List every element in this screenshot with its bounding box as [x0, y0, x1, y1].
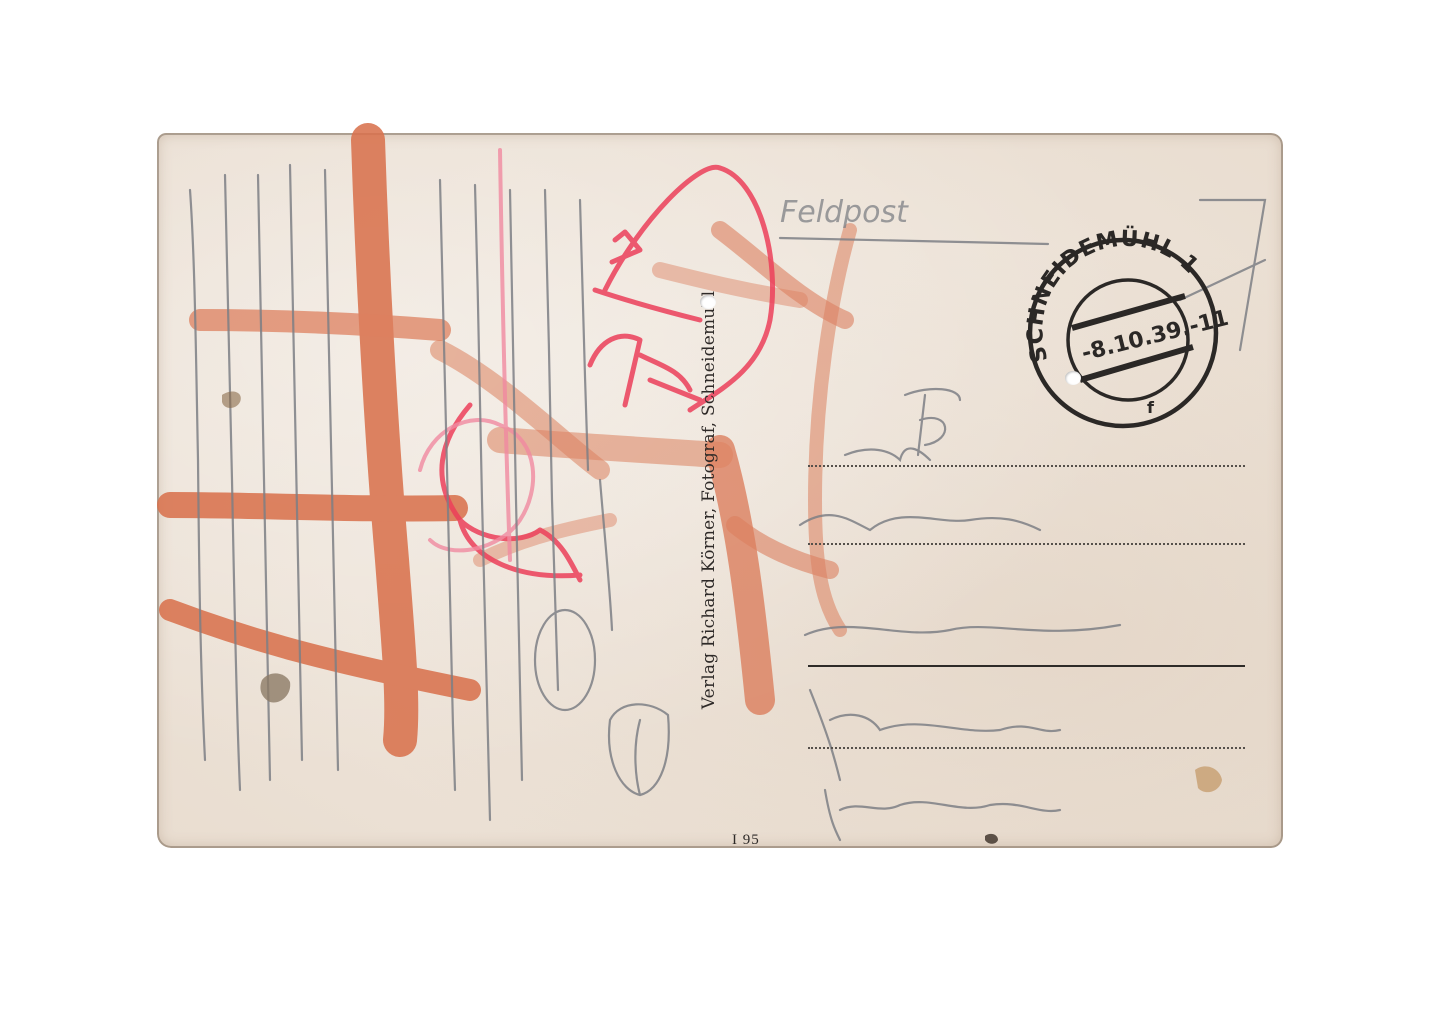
punch-hole: [700, 295, 716, 309]
address-line-3: [808, 665, 1245, 667]
punch-hole: [1065, 371, 1081, 385]
card-number: I 95: [732, 832, 760, 849]
address-line-1: [808, 465, 1245, 467]
address-line-2: [808, 543, 1245, 545]
publisher-imprint: Verlag Richard Körner, Fotograf, Schneid…: [699, 291, 719, 709]
address-line-4: [808, 747, 1245, 749]
postcard: [157, 133, 1283, 848]
